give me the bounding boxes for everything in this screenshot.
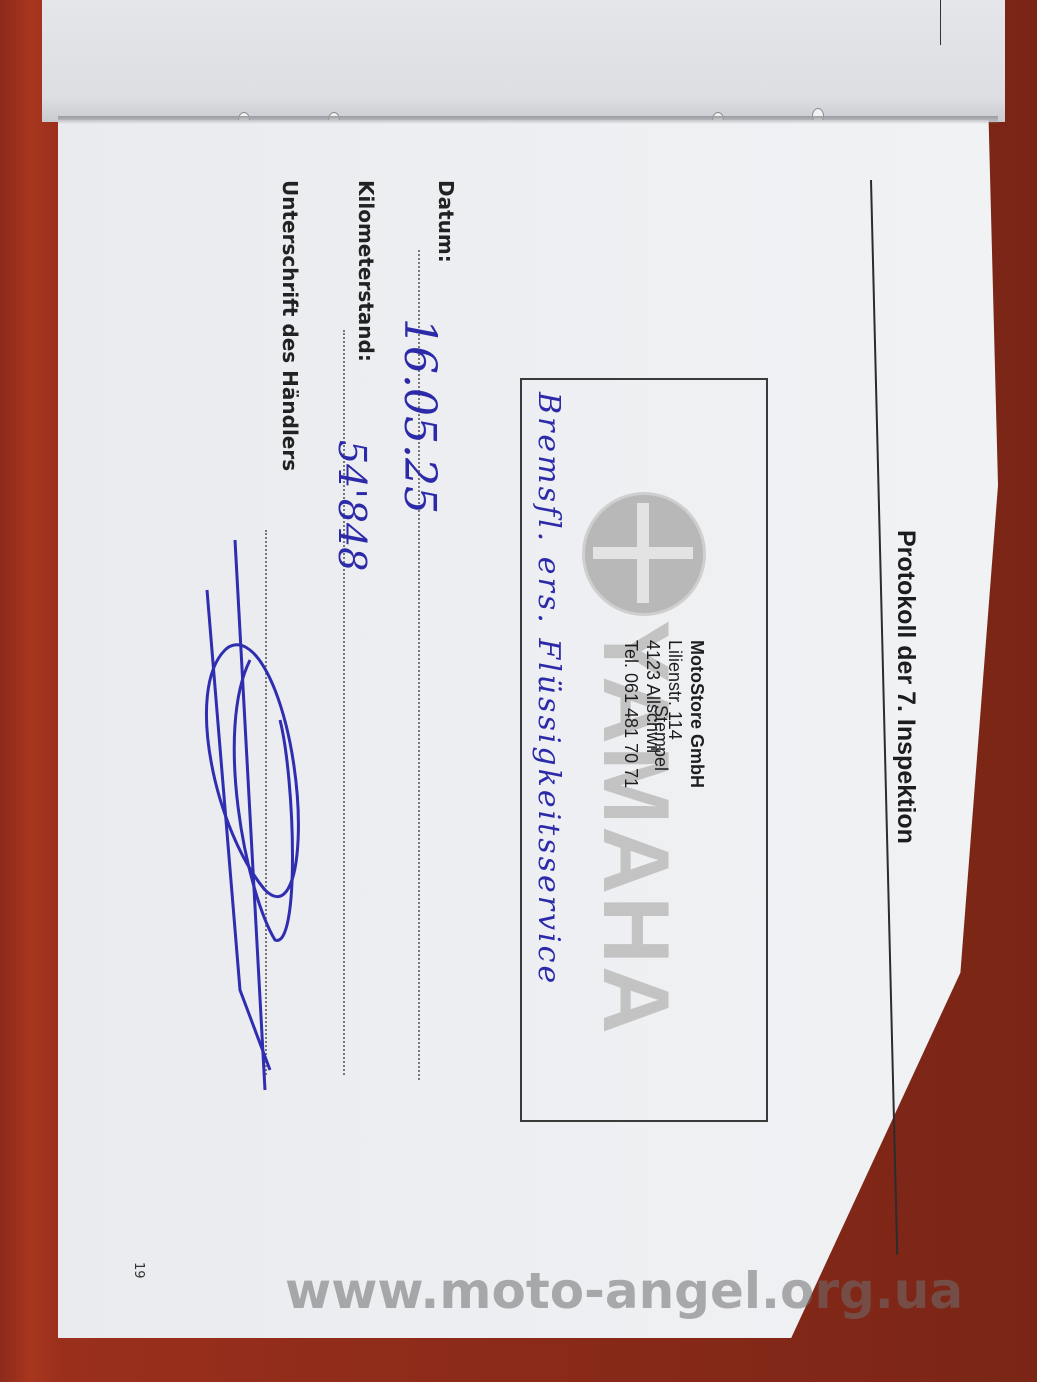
stamp-phone: Tel. 061 481 70 71: [620, 640, 642, 788]
stamp-company: MotoStore GmbH: [686, 640, 708, 788]
previous-page: [42, 0, 1005, 122]
dealer-signature: [195, 530, 305, 1100]
yamaha-tuning-fork-logo-icon: [582, 492, 706, 616]
date-label: Datum:: [434, 180, 458, 263]
site-watermark: www.moto-angel.org.ua: [285, 1262, 963, 1320]
page-number: 19: [131, 1262, 146, 1279]
mileage-value: 54'848: [330, 440, 374, 571]
page-title: Protokoll der 7. Inspektion: [891, 530, 920, 844]
mileage-label: Kilometerstand:: [354, 180, 378, 362]
stamp-label: Stempel: [650, 705, 672, 771]
date-value: 16.05.25: [394, 318, 445, 514]
previous-page-rule: [940, 0, 941, 45]
service-note: Bremsfl. ers. Flüssigkeitsservice: [531, 392, 566, 986]
signature-label: Unterschrift des Händlers: [278, 180, 302, 471]
booklet-fold: [58, 116, 998, 124]
